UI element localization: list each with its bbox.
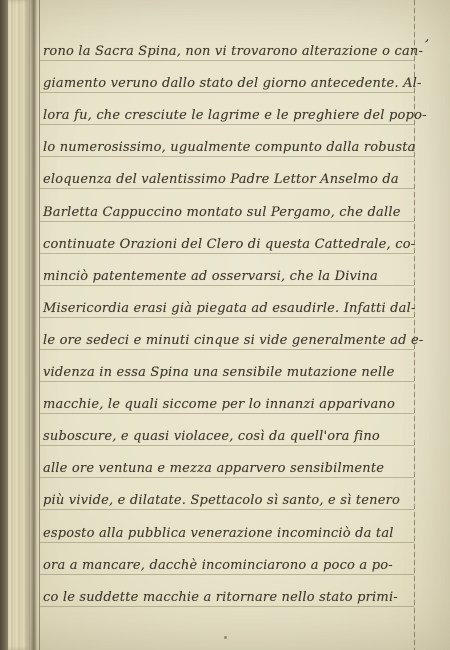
manuscript-line: Barletta Cappuccino montato sul Pergamo,… [40, 189, 414, 221]
gutter-fold-shadow [29, 0, 38, 650]
manuscript-line: alle ore ventuna e mezza apparvero sensi… [40, 446, 414, 478]
manuscript-text-block: rono la Sacra Spina, non vi trovarono al… [40, 29, 414, 607]
manuscript-line: minciò patentemente ad osservarsi, che l… [40, 254, 414, 286]
stacked-page-edges [8, 0, 30, 650]
manuscript-line: Misericordia erasi già piegata ad esaudi… [40, 286, 414, 318]
margin-ink-mark: ʼ [421, 36, 429, 55]
manuscript-line: rono la Sacra Spina, non vi trovarono al… [40, 29, 414, 61]
book-spine-edge [0, 0, 8, 650]
manuscript-line: le ore sedeci e minuti cinque si vide ge… [40, 318, 414, 350]
manuscript-line: macchie, le quali siccome per lo innanzi… [40, 382, 414, 414]
manuscript-line: continuate Orazioni del Clero di questa … [40, 222, 414, 254]
manuscript-line: eloquenza del valentissimo Padre Lettor … [40, 157, 414, 189]
manuscript-line: co le suddette macchie a ritornare nello… [40, 575, 414, 607]
manuscript-line: suboscure, e quasi violacee, così da que… [40, 414, 414, 446]
manuscript-page: rono la Sacra Spina, non vi trovarono al… [0, 0, 450, 650]
manuscript-line: giamento veruno dallo stato del giorno a… [40, 61, 414, 93]
ink-speck [224, 636, 227, 639]
manuscript-line: esposto alla pubblica venerazione incomi… [40, 510, 414, 542]
manuscript-line: lo numerosissimo, ugualmente compunto da… [40, 125, 414, 157]
manuscript-line: videnza in essa Spina una sensibile muta… [40, 350, 414, 382]
manuscript-line: lora fu, che cresciute le lagrime e le p… [40, 93, 414, 125]
right-margin-rule [414, 0, 415, 650]
manuscript-line: ora a mancare, dacchè incominciarono a p… [40, 543, 414, 575]
manuscript-line: più vivide, e dilatate. Spettacolo sì sa… [40, 478, 414, 510]
